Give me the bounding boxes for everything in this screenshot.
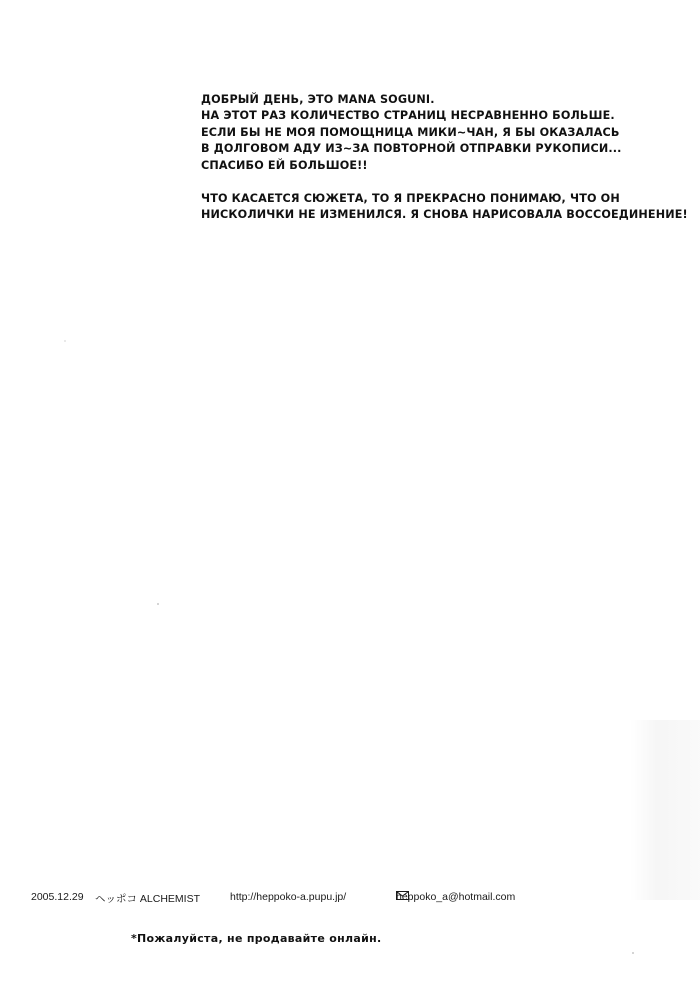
scan-shading (630, 720, 700, 900)
note-line: нисколички не изменился. Я снова нарисов… (201, 207, 691, 223)
note-line: Что касается сюжета, то я прекрасно пони… (201, 191, 691, 207)
note-line: Добрый день, это MANA SOGUNI. (201, 92, 691, 108)
scan-speck (64, 340, 66, 342)
do-not-sell-notice: *Пожалуйста, не продавайте онлайн. (131, 932, 381, 945)
scan-speck (632, 952, 634, 954)
email-address[interactable]: heppoko_a@hotmail.com (396, 891, 515, 903)
note-line: Спасибо ей большое!! (201, 158, 691, 174)
website-link[interactable]: http://heppoko-a.pupu.jp/ (230, 891, 346, 903)
circle-name: ヘッポコ ALCHEMIST (95, 891, 200, 906)
note-paragraph-2: Что касается сюжета, то я прекрасно пони… (201, 191, 691, 224)
note-line: На этот раз количество страниц несравнен… (201, 108, 691, 124)
note-line: в долговом аду из~за повторной отправки … (201, 141, 691, 157)
publication-date: 2005.12.29 (31, 891, 84, 903)
note-line: Если бы не моя помощница Мики~чан, я бы … (201, 125, 691, 141)
scan-speck (157, 603, 159, 605)
note-paragraph-1: Добрый день, это MANA SOGUNI. На этот ра… (201, 92, 691, 174)
author-note: Добрый день, это MANA SOGUNI. На этот ра… (201, 92, 691, 241)
email-contact[interactable]: heppoko_a@hotmail.com (396, 891, 409, 900)
